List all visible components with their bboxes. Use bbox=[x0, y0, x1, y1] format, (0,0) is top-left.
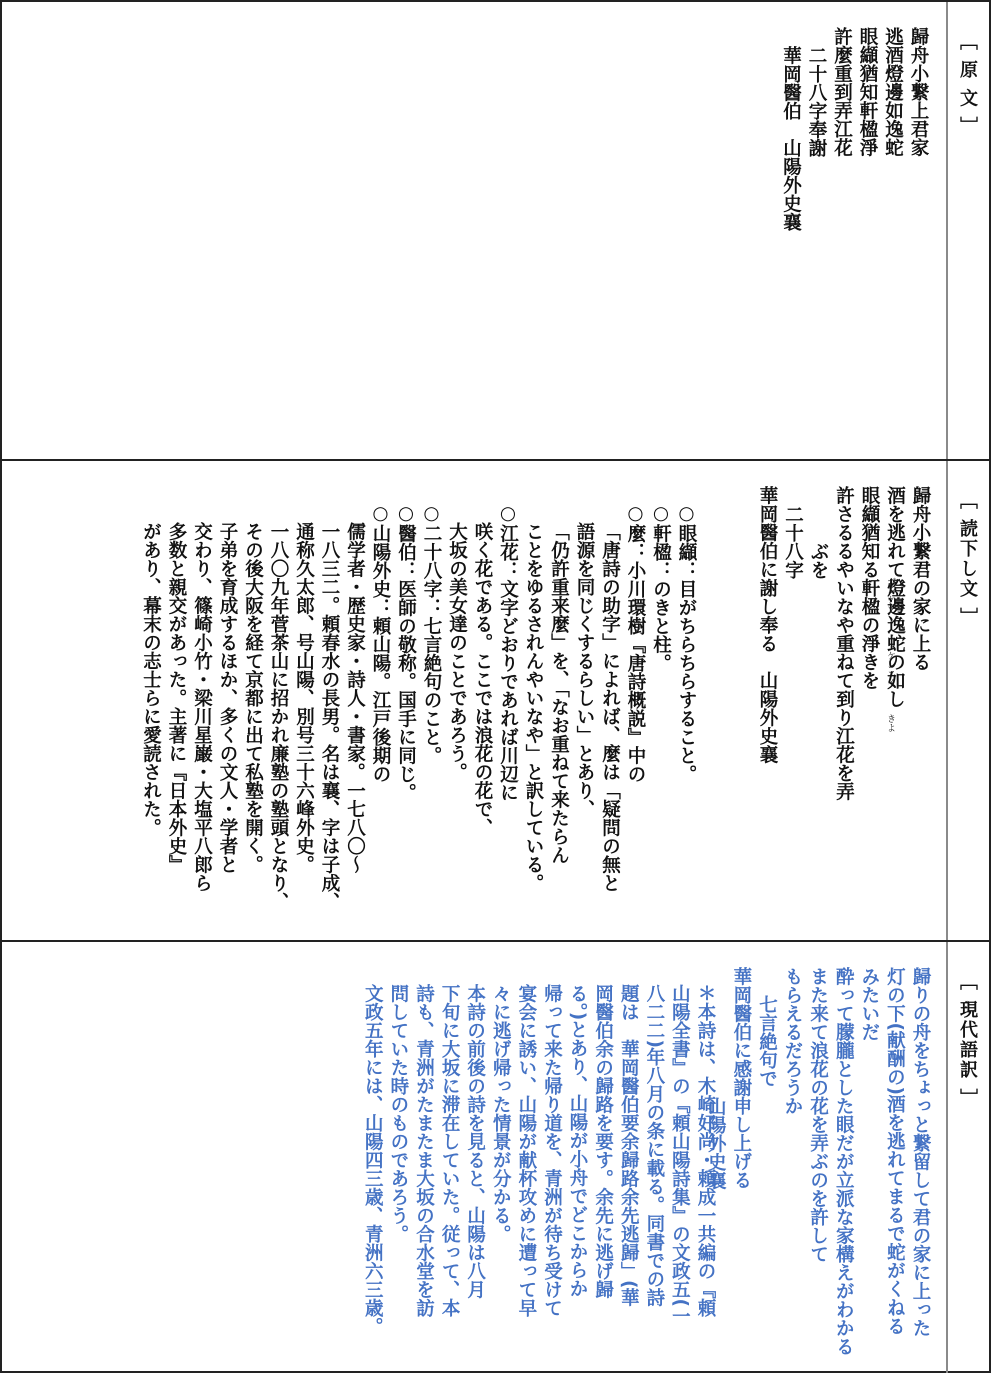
furigana-kiyo: きよ bbox=[884, 714, 897, 732]
row-reading: ［ 読下し文 ］ 歸舟小繋君の家に上る 酒を逃れて燈邊逸蛇の如し 眼纈猶知る軒楹… bbox=[2, 461, 989, 942]
commentary-line: 山陽全書』の『頼山陽詩集』の文政五(一 bbox=[667, 984, 693, 1336]
commentary-line: 詩も、青洲がたまたま大坂の合水堂を訪 bbox=[411, 984, 437, 1336]
note-line: があり、幕末の志士らに愛読された。 bbox=[138, 503, 164, 911]
commentary-line: る。)とあり、山陽が小舟でどこからか bbox=[564, 984, 590, 1336]
original-signature: 華岡醫伯 山陽外史襄 bbox=[778, 27, 804, 231]
reading-notes: ○眼纈：目がちらちらすること。 ○軒楹：のきと柱。 ○麼：小川環樹『唐詩概説』中… bbox=[138, 503, 699, 911]
commentary-line: 帰って来た帰り道を、青洲が待ち受けて bbox=[539, 984, 565, 1336]
section-label-modern: ［ 現代語訳 ］ bbox=[954, 972, 980, 1109]
reading-line: ぶを bbox=[806, 486, 832, 801]
note-line: ことをゆるされんやいなや」と訳している。 bbox=[521, 503, 547, 911]
furigana-kenei: ケンエイ bbox=[884, 651, 897, 687]
note-line: 「仍許重来麼」を、「なお重ねて来たらん bbox=[546, 503, 572, 911]
modern-line: 歸りの舟をちょっと繋留して君の家に上った bbox=[907, 967, 933, 1356]
note-line: 多数と親交があった。主著に『日本外史』 bbox=[164, 503, 190, 911]
label-cell-reading: ［ 読下し文 ］ bbox=[946, 461, 989, 940]
modern-commentary: ＊本詩は、木崎好尚・頼成一共編の『頼 山陽全書』の『頼山陽詩集』の文政五(一 八… bbox=[360, 984, 718, 1336]
section-label-reading: ［ 読下し文 ］ bbox=[954, 491, 980, 628]
row-modern: ［ 現代語訳 ］ 歸りの舟をちょっと繋留して君の家に上った 灯の下(献酬の)酒を… bbox=[2, 942, 989, 1373]
reading-line: 眼纈猶知る軒楹の淨きを bbox=[857, 486, 883, 801]
modern-line: 灯の下(献酬の)酒を逃れてまるで蛇がくねる bbox=[882, 967, 908, 1356]
commentary-line: 下旬に大坂に滞在していた。従って、本 bbox=[436, 984, 462, 1336]
original-line: 歸舟小繋上君家 bbox=[906, 27, 932, 231]
reading-line: 歸舟小繋君の家に上る bbox=[908, 486, 934, 801]
note-line: ○山陽外史：頼山陽。江戸後期の bbox=[368, 503, 394, 911]
label-cell-original: ［ 原 文 ］ bbox=[946, 2, 989, 459]
furigana-gankets: ガンケツ bbox=[884, 577, 897, 613]
note-line: ○麼：小川環樹『唐詩概説』中の bbox=[623, 503, 649, 911]
reading-line: 酒を逃れて燈邊逸蛇の如し bbox=[882, 486, 908, 801]
commentary-line: 八二二)年八月の条に載る。同書での詩 bbox=[641, 984, 667, 1336]
reading-line: 許さるるやいなや重ねて到り江花を弄 bbox=[831, 486, 857, 801]
modern-translation: 歸りの舟をちょっと繋留して君の家に上った 灯の下(献酬の)酒を逃れてまるで蛇がく… bbox=[703, 967, 933, 1356]
note-line: 大坂の美女達のことであろう。 bbox=[444, 503, 470, 911]
original-text: 歸舟小繋上君家 逃酒燈邊如逸蛇 眼纈猶知軒楹淨 許麼重到弄江花 二十八字奉謝 華… bbox=[778, 27, 931, 231]
note-line: 子弟を育成するほか、多くの文人・学者と bbox=[215, 503, 241, 911]
note-line: 語源を同じくするらしい」とあり、 bbox=[572, 503, 598, 911]
note-line: ○二十八字：七言絶句のこと。 bbox=[419, 503, 445, 911]
commentary-line: 宴会に誘い、山陽が献杯攻めに遭って早 bbox=[513, 984, 539, 1336]
note-line: 儒学者・歴史家・詩人・書家。一七八〇～ bbox=[342, 503, 368, 911]
document-table: ［ 原 文 ］ 歸舟小繋上君家 逃酒燈邊如逸蛇 眼纈猶知軒楹淨 許麼重到弄江花 … bbox=[0, 0, 991, 1373]
modern-line: 華岡醫伯に感謝申し上げる bbox=[728, 967, 754, 1356]
original-line: 許麼重到弄江花 bbox=[829, 27, 855, 231]
label-cell-modern: ［ 現代語訳 ］ bbox=[946, 942, 989, 1373]
note-line: 一八三二。頼春水の長男。名は襄、字は子成、 bbox=[317, 503, 343, 911]
note-line: 「唐詩の助字」によれば、麼は「疑問の無と bbox=[597, 503, 623, 911]
note-line: その後大阪を経て京都に出て私塾を開く。 bbox=[240, 503, 266, 911]
original-line: 眼纈猶知軒楹淨 bbox=[855, 27, 881, 231]
note-line: 咲く花である。ここでは浪花の花で、 bbox=[470, 503, 496, 911]
modern-line: また来て浪花の花を弄ぶのを許して bbox=[805, 967, 831, 1356]
note-line: 交わり、篠崎小竹・梁川星巌・大塩平八郎ら bbox=[189, 503, 215, 911]
note-line: ○眼纈：目がちらちらすること。 bbox=[674, 503, 700, 911]
section-label-original: ［ 原 文 ］ bbox=[954, 32, 980, 137]
note-line: 通称久太郎、号山陽、別号三十六峰外史。 bbox=[291, 503, 317, 911]
original-line: 二十八字奉謝 bbox=[804, 27, 830, 231]
commentary-line: ＊本詩は、木崎好尚・頼成一共編の『頼 bbox=[692, 984, 718, 1336]
commentary-line: 本詩の前後の詩を見ると、山陽は八月 bbox=[462, 984, 488, 1336]
note-line: 一八〇九年菅茶山に招かれ廉塾の塾頭となり、 bbox=[266, 503, 292, 911]
note-line: ○軒楹：のきと柱。 bbox=[648, 503, 674, 911]
note-line: ○醫伯：医師の敬称。国手に同じ。 bbox=[393, 503, 419, 911]
commentary-line: 問していた時のものであろう。 bbox=[385, 984, 411, 1336]
modern-line: 酔って朦朧とした眼だが立派な家構えがわかる bbox=[831, 967, 857, 1356]
commentary-line: 々に逃げ帰った情景が分かる。 bbox=[488, 984, 514, 1336]
commentary-line: 岡醫伯余の歸路を要す。余先に逃げ歸 bbox=[590, 984, 616, 1336]
modern-line: 七言絶句で bbox=[754, 967, 780, 1356]
modern-line: みたいだ bbox=[856, 967, 882, 1356]
reading-signature: 華岡醫伯に謝し奉る 山陽外史襄 bbox=[755, 486, 781, 801]
original-line: 逃酒燈邊如逸蛇 bbox=[880, 27, 906, 231]
reading-line: 二十八字 bbox=[780, 486, 806, 801]
row-original: ［ 原 文 ］ 歸舟小繋上君家 逃酒燈邊如逸蛇 眼纈猶知軒楹淨 許麼重到弄江花 … bbox=[2, 2, 989, 461]
modern-line: もらえるだろうか bbox=[779, 967, 805, 1356]
commentary-line: 題は 華岡醫伯要余歸路余先逃歸」(華 bbox=[616, 984, 642, 1336]
reading-text: 歸舟小繋君の家に上る 酒を逃れて燈邊逸蛇の如し 眼纈猶知る軒楹の淨きを 許さるる… bbox=[755, 486, 934, 801]
commentary-line: 文政五年には、山陽四三歳、青洲六三歳。 bbox=[360, 984, 386, 1336]
note-line: ○江花：文字どおりであれば川辺に bbox=[495, 503, 521, 911]
